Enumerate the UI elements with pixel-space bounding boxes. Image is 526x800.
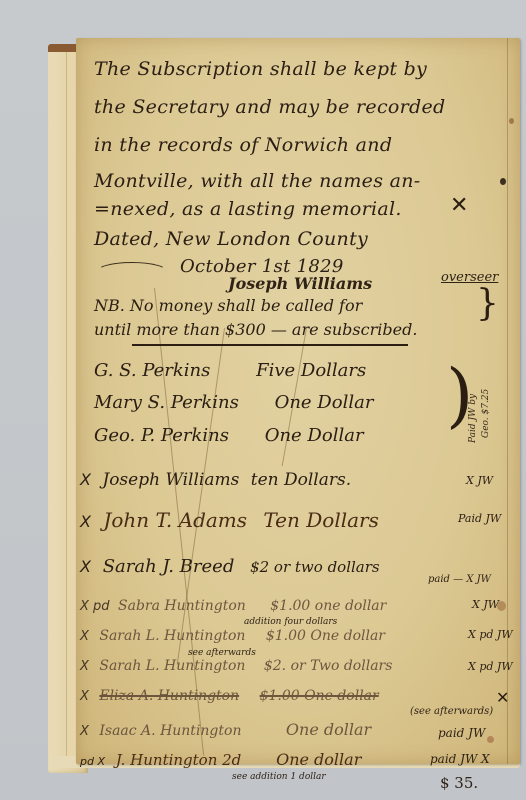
ink-blot	[500, 178, 506, 185]
subscriber-amount: Five Dollars	[256, 360, 366, 381]
preamble-line: The Subscription shall be kept by	[94, 58, 427, 80]
margin-note-vertical: Geo. $7.25	[481, 389, 491, 438]
cross-mark: pd X	[80, 755, 105, 768]
subscriber-amount: ten Dollars.	[251, 470, 351, 490]
subscriber-amount: One Dollar	[265, 425, 364, 446]
signatory-name: Joseph Williams	[228, 274, 372, 293]
nota-bene-line: NB. No money shall be called for	[94, 296, 362, 315]
rule-line	[132, 344, 408, 346]
subscriber-name: Sarah L. Huntington	[99, 658, 245, 674]
cross-mark: X	[80, 512, 91, 531]
cross-mark: X	[80, 557, 91, 576]
subscriber-name: Sabra Huntington	[118, 598, 246, 614]
subscriber-name: Geo. P. Perkins	[94, 425, 229, 446]
preamble-line: in the records of Norwich and	[94, 134, 392, 156]
subscriber-row: pd X J. Huntington 2d One dollar	[80, 750, 361, 769]
subscriber-name: Sarah L. Huntington	[99, 628, 245, 644]
subscriber-row: X Sarah L. Huntington $2. or Two dollars	[80, 658, 392, 674]
subscriber-row-struck: X Eliza A. Huntington $1.00 One dollar	[80, 688, 379, 704]
preamble-line: =nexed, as a lasting memorial.	[94, 198, 402, 220]
interlinear-note: see addition 1 dollar	[232, 772, 326, 782]
nota-bene-line: until more than $300 — are subscribed.	[94, 320, 417, 339]
subscriber-name: Sarah J. Breed	[103, 556, 235, 577]
ink-blot	[509, 118, 514, 124]
payment-note: X JW	[466, 474, 493, 487]
subscriber-row: X Isaac A. Huntington One dollar	[80, 720, 371, 739]
preamble-line: Montville, with all the names an-	[94, 170, 420, 192]
cross-mark: X	[80, 470, 91, 489]
subscriber-amount: Ten Dollars	[263, 508, 378, 532]
margin-note-vertical: Paid JW by	[468, 394, 478, 443]
subscriber-row: X Sarah J. Breed $2 or two dollars	[80, 556, 380, 577]
payment-note: X pd JW	[468, 660, 513, 673]
subscriber-row: G. S. Perkins Five Dollars	[94, 360, 366, 381]
payment-note: paid JW X	[430, 752, 490, 766]
subscriber-name: Joseph Williams	[102, 470, 239, 490]
cross-mark: ✕	[496, 688, 509, 707]
payment-note: (see afterwards)	[410, 706, 493, 717]
page-fold-line	[507, 38, 508, 764]
cross-mark: X	[80, 724, 89, 739]
foxing-spot	[487, 736, 494, 743]
subscriber-name: Isaac A. Huntington	[99, 723, 241, 739]
subscriber-amount: One dollar	[276, 750, 361, 769]
subscriber-amount: $2. or Two dollars	[264, 658, 393, 674]
payment-note: paid — X JW	[428, 574, 491, 585]
subscriber-amount: One dollar	[286, 720, 371, 739]
cross-mark: X	[80, 659, 89, 674]
subscriber-name: Mary S. Perkins	[94, 392, 239, 413]
dated-line: Dated, New London County	[94, 228, 368, 250]
subscriber-row: X John T. Adams Ten Dollars	[80, 508, 379, 532]
subscriber-amount: One Dollar	[275, 392, 374, 413]
subscriber-row: X Joseph Williams ten Dollars.	[80, 470, 351, 490]
manuscript-page: The Subscription shall be kept by the Se…	[76, 38, 520, 764]
flourish-stroke	[96, 262, 168, 282]
cross-mark: ✕	[450, 193, 468, 218]
subscriber-amount: $1.00 One dollar	[266, 628, 385, 644]
interlinear-note: see afterwards	[188, 648, 256, 658]
cross-mark: X	[80, 689, 89, 704]
subscription-total: $ 35.	[440, 774, 478, 792]
subscriber-name: J. Huntington 2d	[116, 751, 242, 769]
subscriber-name: G. S. Perkins	[94, 360, 210, 381]
subscriber-amount: $2 or two dollars	[250, 558, 380, 576]
preamble-line: the Secretary and may be recorded	[94, 96, 446, 118]
payment-note: paid JW	[438, 726, 485, 740]
subscriber-name: Eliza A. Huntington	[99, 688, 239, 704]
spine-tear	[48, 44, 78, 52]
cross-mark: X	[80, 629, 89, 644]
photo-stage: The Subscription shall be kept by the Se…	[0, 0, 526, 800]
payment-note: X pd JW	[468, 628, 513, 641]
cross-mark: X pd	[80, 599, 110, 614]
subscriber-row: X pd Sabra Huntington $1.00 one dollar	[80, 598, 386, 614]
brace-mark: }	[476, 283, 499, 324]
subscriber-row: Mary S. Perkins One Dollar	[94, 392, 373, 413]
subscriber-amount: $1.00 One dollar	[260, 688, 379, 704]
payment-note: X JW	[472, 598, 499, 611]
subscriber-name: John T. Adams	[103, 508, 247, 532]
subscriber-amount: $1.00 one dollar	[270, 598, 386, 614]
subscriber-row: Geo. P. Perkins One Dollar	[94, 425, 364, 446]
payment-note: Paid JW	[458, 512, 501, 525]
interlinear-note: addition four dollars	[244, 617, 337, 627]
subscriber-row: X Sarah L. Huntington $1.00 One dollar	[80, 628, 385, 644]
